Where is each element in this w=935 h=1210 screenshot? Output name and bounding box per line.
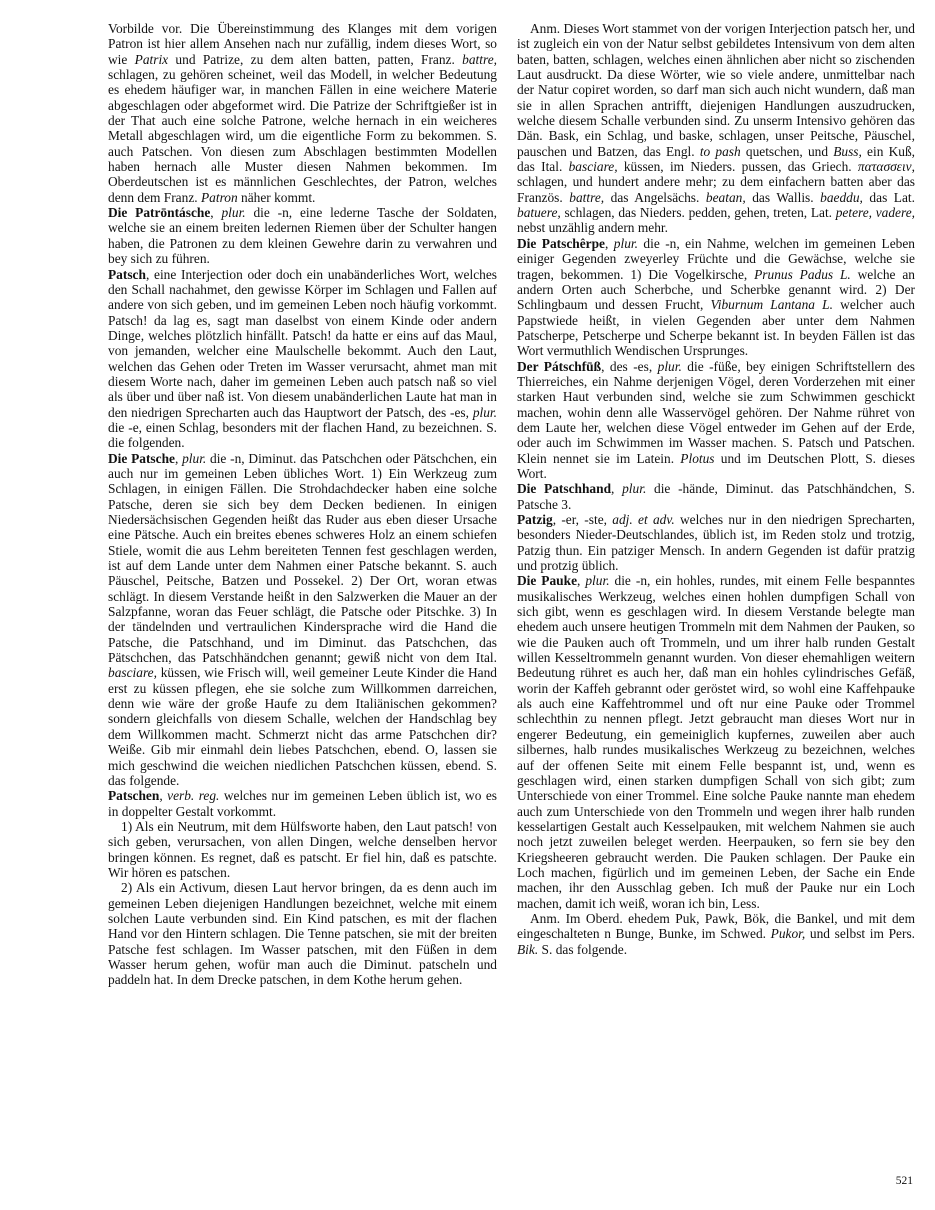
text-run: die -n, ein hohles, rundes, mit einem Fe… (517, 573, 915, 910)
text-run: das Angelsächs. (604, 190, 706, 205)
paragraph: 1) Als ein Neutrum, mit dem Hülfsworte h… (108, 819, 497, 880)
italic-term: Plotus (680, 451, 714, 466)
italic-term: Patron (201, 190, 238, 205)
dictionary-entry: Patzig, -er, -ste, adj. et adv. welches … (517, 512, 915, 573)
paragraph: 2) Als ein Activum, diesen Laut hervor b… (108, 880, 497, 987)
dictionary-entry: Die Patrōntásche, plur. die -n, eine led… (108, 205, 497, 266)
italic-term: Viburnum Lantana L. (711, 297, 833, 312)
italic-term: basciare, (569, 159, 618, 174)
italic-term: beatan, (706, 190, 746, 205)
text-run: , (611, 481, 622, 496)
dictionary-entry: Die Pauke, plur. die -n, ein hohles, run… (517, 573, 915, 911)
headword: Die Patschêrpe (517, 236, 605, 251)
headword: Die Patrōntásche (108, 205, 210, 220)
paragraph: Anm. Im Oberd. ehedem Puk, Pawk, Bök, di… (517, 911, 915, 957)
headword: Patsch (108, 267, 146, 282)
dictionary-entry: Die Patschêrpe, plur. die -n, ein Nahme,… (517, 236, 915, 359)
italic-term: plur. (585, 573, 609, 588)
text-run: , eine Interjection oder doch ein unabän… (108, 267, 497, 420)
page-number: 521 (896, 1175, 913, 1187)
text-run: das Wallis. (746, 190, 820, 205)
text-run: Anm. Dieses Wort stammet von der vorigen… (517, 21, 915, 159)
italic-term: baeddu, (820, 190, 863, 205)
text-run: das Lat. (863, 190, 915, 205)
dictionary-entry: Die Patschhand, plur. die -hände, Diminu… (517, 481, 915, 512)
headword: Patschen (108, 788, 159, 803)
paragraph: Anm. Dieses Wort stammet von der vorigen… (517, 21, 915, 236)
italic-term: plur. (221, 205, 245, 220)
italic-term: batuere, (517, 205, 561, 220)
italic-term: plur. (473, 405, 497, 420)
italic-term: adj. et adv. (612, 512, 674, 527)
italic-term: battre, (569, 190, 604, 205)
italic-term: Pukor, (771, 926, 806, 941)
text-run: , (605, 236, 614, 251)
headword: Die Pauke (517, 573, 577, 588)
text-run: quetschen, und (741, 144, 834, 159)
text-run: 2) Als ein Activum, diesen Laut hervor b… (108, 880, 497, 987)
text-run: und selbst im Pers. (805, 926, 915, 941)
text-run: und Patrize, zu dem alten batten, patten… (168, 52, 462, 67)
text-run: S. das folgende. (538, 942, 627, 957)
text-run: die -e, einen Schlag, besonders mit der … (108, 420, 497, 450)
text-run: die -n, Diminut. das Patschchen oder Pät… (108, 451, 497, 665)
dictionary-entry: Die Patsche, plur. die -n, Diminut. das … (108, 451, 497, 789)
headword: Die Patsche (108, 451, 175, 466)
italic-term: Patrix (135, 52, 168, 67)
text-run: nebst unzählig andern mehr. (517, 220, 668, 235)
text-run: , -er, -ste, (553, 512, 613, 527)
italic-term: plur. (622, 481, 646, 496)
text-run: küssen, im Nieders. pussen, das Griech. (618, 159, 858, 174)
headword: Der Pátschfūß (517, 359, 601, 374)
text-run: näher kommt. (238, 190, 316, 205)
italic-term: basciare, (108, 665, 157, 680)
headword: Die Patschhand (517, 481, 611, 496)
paragraph: Vorbilde vor. Die Übereinstimmung des Kl… (108, 21, 497, 205)
dictionary-entry: Patschen, verb. reg. welches nur im geme… (108, 788, 497, 819)
italic-term: to pash (700, 144, 741, 159)
italic-term: petere, vadere, (836, 205, 915, 220)
text-run: , (159, 788, 167, 803)
italic-term: πατασσειν (858, 159, 912, 174)
text-run: schlagen, zu gehören scheinet, weil das … (108, 67, 497, 205)
italic-term: verb. reg. (167, 788, 219, 803)
text-run: küssen, wie Frisch will, weil gemeiner L… (108, 665, 497, 787)
italic-term: Prunus Padus L. (754, 267, 851, 282)
dictionary-entry: Patsch, eine Interjection oder doch ein … (108, 267, 497, 451)
right-column: Anm. Dieses Wort stammet von der vorigen… (517, 21, 915, 957)
italic-term: plur. (614, 236, 638, 251)
text-run: , (175, 451, 182, 466)
italic-term: Buss, (833, 144, 862, 159)
left-column: Vorbilde vor. Die Übereinstimmung des Kl… (108, 21, 497, 988)
italic-term: Bik. (517, 942, 538, 957)
text-run: 1) Als ein Neutrum, mit dem Hülfsworte h… (108, 819, 497, 880)
italic-term: plur. (658, 359, 682, 374)
text-run: , des -es, (601, 359, 658, 374)
text-run: schlagen, das Nieders. pedden, gehen, tr… (561, 205, 836, 220)
text-run: , (210, 205, 221, 220)
headword: Patzig (517, 512, 553, 527)
italic-term: battre, (462, 52, 497, 67)
dictionary-entry: Der Pátschfūß, des -es, plur. die -füße,… (517, 359, 915, 482)
italic-term: plur. (182, 451, 206, 466)
text-run: die -füße, bey einigen Schriftstellern d… (517, 359, 915, 466)
